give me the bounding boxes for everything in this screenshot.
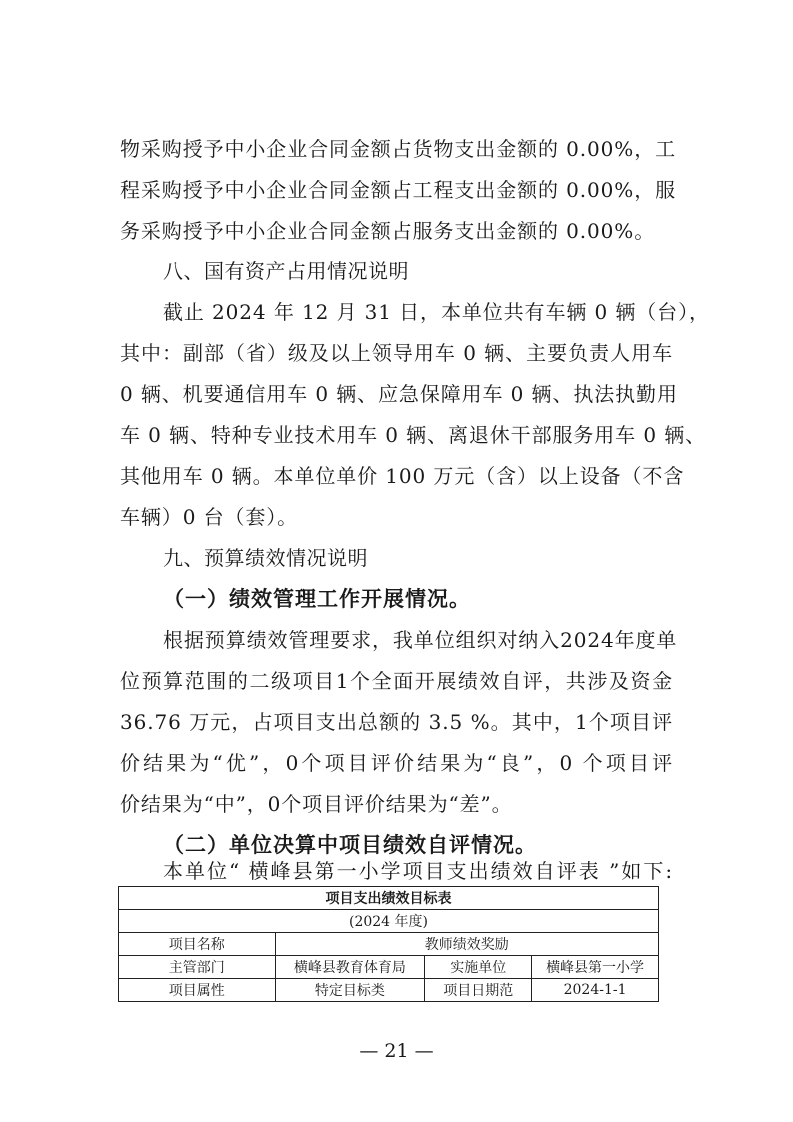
table-label-cell: 主管部门 (119, 956, 276, 979)
table-label-cell: 项目日期范 (425, 979, 532, 1002)
table-row: 项目属性 特定目标类 项目日期范 2024-1-1 (119, 979, 659, 1002)
paragraph-line: 位预算范围的二级项目1个全面开展绩效自评，共涉及资金 (120, 668, 673, 694)
table-value-cell: 横峰县第一小学 (532, 956, 659, 979)
paragraph-line: 其中：副部（省）级及以上领导用车 0 辆、主要负责人用车 (120, 340, 673, 366)
paragraph-line: 物采购授予中小企业合同金额占货物支出金额的 0.00%，工 (120, 136, 673, 162)
paragraph-line: 价结果为“优”，0个项目评价结果为“良”，0 个项目评 (120, 750, 673, 776)
paragraph-line: 其他用车 0 辆。本单位单价 100 万元（含）以上设备（不含 (120, 463, 673, 489)
table-year-row: (2024 年度) (119, 910, 659, 933)
paragraph-line: 程采购授予中小企业合同金额占工程支出金额的 0.00%，服 (120, 177, 673, 203)
table-value-cell: 特定目标类 (275, 979, 425, 1002)
paragraph-line: 务采购授予中小企业合同金额占服务支出金额的 0.00%。 (120, 218, 673, 244)
performance-target-table: 项目支出绩效目标表 (2024 年度) 项目名称 教师绩效奖励 主管部门 横峰县… (118, 886, 659, 1002)
table-label-cell: 实施单位 (425, 956, 532, 979)
table-value-cell: 横峰县教育体育局 (275, 956, 425, 979)
paragraph-line: 36.76 万元，占项目支出总额的 3.5 %。其中，1个项目评 (120, 709, 673, 735)
table-intro-line: 本单位“ 横峰县第一小学项目支出绩效自评表 ”如下: (163, 858, 673, 884)
table-row: 主管部门 横峰县教育体育局 实施单位 横峰县第一小学 (119, 956, 659, 979)
paragraph-line: 截止 2024 年 12 月 31 日，本单位共有车辆 0 辆（台）， (163, 299, 673, 325)
table-title: 项目支出绩效目标表 (119, 887, 659, 910)
table-value-cell: 2024-1-1 (532, 979, 659, 1002)
paragraph-line: 车辆）0 台（套）。 (120, 504, 673, 530)
table-value-cell: 教师绩效奖励 (275, 933, 659, 956)
page-number: — 21 — (0, 1040, 793, 1062)
table-row: 项目名称 教师绩效奖励 (119, 933, 659, 956)
paragraph-line: 车 0 辆、特种专业技术用车 0 辆、离退休干部服务用车 0 辆、 (120, 422, 673, 448)
table-label-cell: 项目属性 (119, 979, 276, 1002)
subsection-2-heading: （二）单位决算中项目绩效自评情况。 (163, 832, 537, 858)
document-page: 物采购授予中小企业合同金额占货物支出金额的 0.00%，工 程采购授予中小企业合… (0, 0, 793, 1122)
table-title-row: 项目支出绩效目标表 (119, 887, 659, 910)
table-label-cell: 项目名称 (119, 933, 276, 956)
paragraph-line: 0 辆、机要通信用车 0 辆、应急保障用车 0 辆、执法执勤用 (120, 381, 673, 407)
section-9-heading: 九、预算绩效情况说明 (163, 545, 368, 571)
paragraph-line: 价结果为“中”，0个项目评价结果为“差”。 (120, 791, 673, 817)
table-year: (2024 年度) (119, 910, 659, 933)
section-8-heading: 八、国有资产占用情况说明 (163, 258, 409, 284)
subsection-1-heading: （一）绩效管理工作开展情况。 (163, 586, 471, 612)
paragraph-line: 根据预算绩效管理要求，我单位组织对纳入2024年度单 (163, 627, 673, 653)
